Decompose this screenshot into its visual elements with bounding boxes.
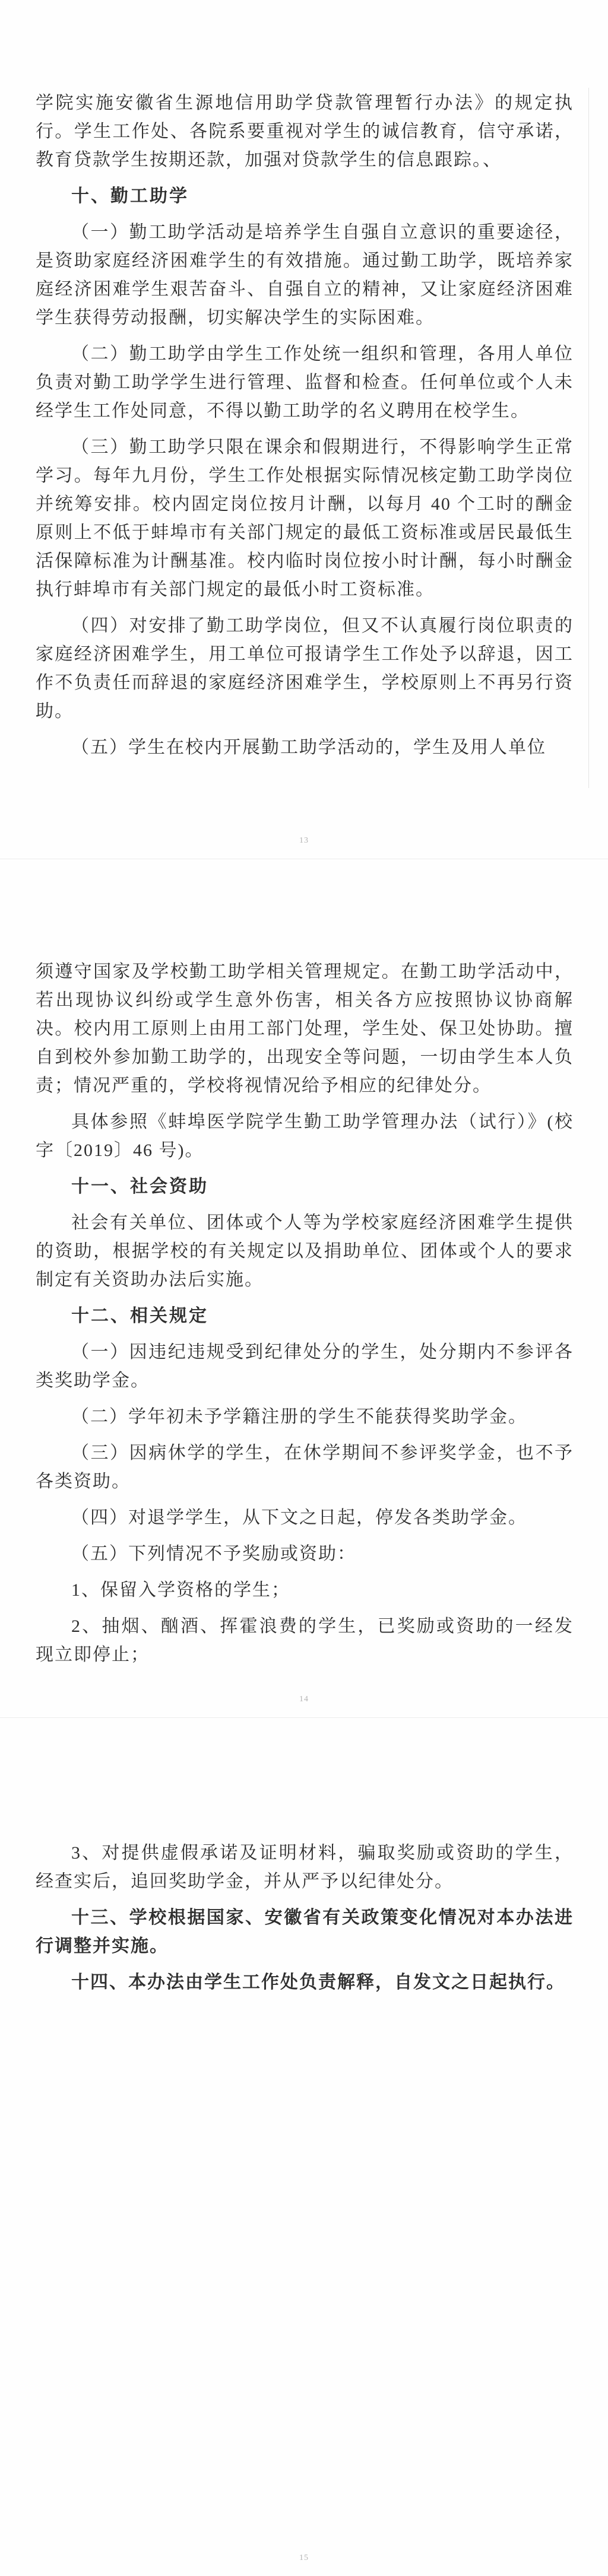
scanned-document: 学院实施安徽省生源地信用助学贷款管理暂行办法》的规定执行。学生工作处、各院系要重… <box>0 0 608 2576</box>
page-14-content: 须遵守国家及学校勤工助学相关管理规定。在勤工助学活动中，若出现协议纠纷或学生意外… <box>0 859 608 1669</box>
paragraph: （四）对安排了勤工助学岗位，但又不认真履行岗位职责的家庭经济困难学生，用工单位可… <box>36 612 574 726</box>
page-number: 15 <box>0 2553 608 2563</box>
paragraph: （一）勤工助学活动是培养学生自强自立意识的重要途径，是资助家庭经济困难学生的有效… <box>36 218 574 332</box>
paragraph: （四）对退学学生，从下文之日起，停发各类助学金。 <box>36 1504 574 1532</box>
paragraph: 社会有关单位、团体或个人等为学校家庭经济困难学生提供的资助，根据学校的有关规定以… <box>36 1209 574 1294</box>
section-heading: 十三、学校根据国家、安徽省有关政策变化情况对本办法进行调整并实施。 <box>36 1904 574 1961</box>
section-heading: 十一、社会资助 <box>36 1173 574 1201</box>
paragraph: （二）勤工助学由学生工作处统一组织和管理，各用人单位负责对勤工助学学生进行管理、… <box>36 340 574 425</box>
page-number: 13 <box>0 836 608 846</box>
paragraph: （三）勤工助学只限在课余和假期进行，不得影响学生正常学习。每年九月份，学生工作处… <box>36 433 574 604</box>
document-page-13: 学院实施安徽省生源地信用助学贷款管理暂行办法》的规定执行。学生工作处、各院系要重… <box>0 0 608 859</box>
scan-artifact-line <box>588 88 589 788</box>
paragraph: （五）学生在校内开展勤工助学活动的，学生及用人单位 <box>36 733 574 762</box>
paragraph: 2、抽烟、酗酒、挥霍浪费的学生，已奖励或资助的一经发现立即停止； <box>36 1612 574 1669</box>
paragraph: 学院实施安徽省生源地信用助学贷款管理暂行办法》的规定执行。学生工作处、各院系要重… <box>36 89 574 174</box>
paragraph: 具体参照《蚌埠医学院学生勤工助学管理办法（试行）》(校字〔2019〕46 号)。 <box>36 1108 574 1165</box>
document-page-14: 须遵守国家及学校勤工助学相关管理规定。在勤工助学活动中，若出现协议纠纷或学生意外… <box>0 859 608 1717</box>
paragraph: 3、对提供虚假承诺及证明材料，骗取奖励或资助的学生，经查实后，追回奖助学金，并从… <box>36 1839 574 1896</box>
paragraph: 1、保留入学资格的学生； <box>36 1576 574 1605</box>
section-heading: 十四、本办法由学生工作处负责解释，自发文之日起执行。 <box>36 1968 574 1997</box>
paragraph: （五）下列情况不予奖励或资助： <box>36 1540 574 1568</box>
page-number: 14 <box>0 1695 608 1704</box>
paragraph: （二）学年初未予学籍注册的学生不能获得奖助学金。 <box>36 1403 574 1431</box>
document-page-15: 3、对提供虚假承诺及证明材料，骗取奖励或资助的学生，经查实后，追回奖助学金，并从… <box>0 1717 608 2576</box>
section-heading: 十、勤工助学 <box>36 182 574 211</box>
page-13-content: 学院实施安徽省生源地信用助学贷款管理暂行办法》的规定执行。学生工作处、各院系要重… <box>0 0 608 762</box>
paragraph: 须遵守国家及学校勤工助学相关管理规定。在勤工助学活动中，若出现协议纠纷或学生意外… <box>36 958 574 1100</box>
paragraph: （一）因违纪违规受到纪律处分的学生，处分期内不参评各类奖助学金。 <box>36 1338 574 1395</box>
paragraph: （三）因病休学的学生，在休学期间不参评奖学金，也不予各类资助。 <box>36 1439 574 1496</box>
section-heading: 十二、相关规定 <box>36 1302 574 1330</box>
page-15-content: 3、对提供虚假承诺及证明材料，骗取奖励或资助的学生，经查实后，追回奖助学金，并从… <box>0 1718 608 1997</box>
